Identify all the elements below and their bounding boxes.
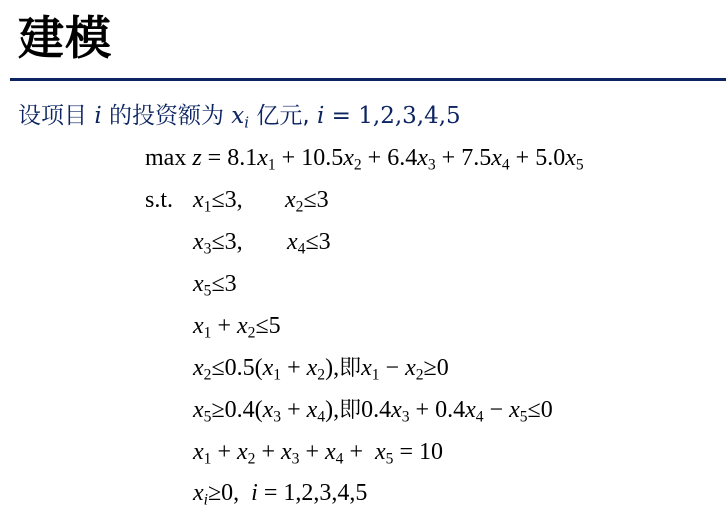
constraint-x3: x3≤3, (193, 226, 243, 258)
objective-label: max (145, 145, 186, 171)
variable-definition-line: 设项目 i 的投资额为 xi 亿元, i = 1,2,3,4,5 (18, 100, 461, 132)
page-title: 建模 (18, 8, 112, 68)
intro-prefix: 设项目 (18, 103, 87, 129)
intro-var-x: xi (231, 103, 249, 129)
objective-var: z (192, 145, 201, 171)
constraint-x4: x4≤3 (287, 226, 331, 258)
intro-index-var: i (317, 103, 324, 129)
intro-var-i: i (94, 103, 101, 129)
constraint-x1: x1≤3, (193, 184, 243, 216)
constraint-x2: x2≤3 (285, 184, 329, 216)
constraint-nonnegativity: xi≥0, i = 1,2,3,4,5 (193, 477, 367, 509)
intro-index-eq: = 1,2,3,4,5 (332, 103, 461, 129)
constraint-x2-ratio: x2≤0.5(x1 + x2),即x1 − x2≥0 (193, 352, 449, 385)
title-underline-divider (10, 78, 726, 81)
objective-function: max z = 8.1x1 + 10.5x2 + 6.4x3 + 7.5x4 +… (145, 142, 584, 174)
intro-suffix: 亿元, (256, 103, 309, 129)
intro-middle: 的投资额为 (109, 103, 224, 129)
objective-eq: = (208, 145, 222, 171)
constraint-total-budget: x1 + x2 + x3 + x4 + x5 = 10 (193, 436, 443, 468)
constraint-x5-ratio: x5≥0.4(x3 + x4),即0.4x3 + 0.4x4 − x5≤0 (193, 394, 553, 427)
constraint-x1-plus-x2: x1 + x2≤5 (193, 310, 281, 342)
constraint-x5: x5≤3 (193, 268, 237, 300)
constraint-row-1: s.t. (145, 184, 173, 216)
st-label: s.t. (145, 187, 173, 213)
